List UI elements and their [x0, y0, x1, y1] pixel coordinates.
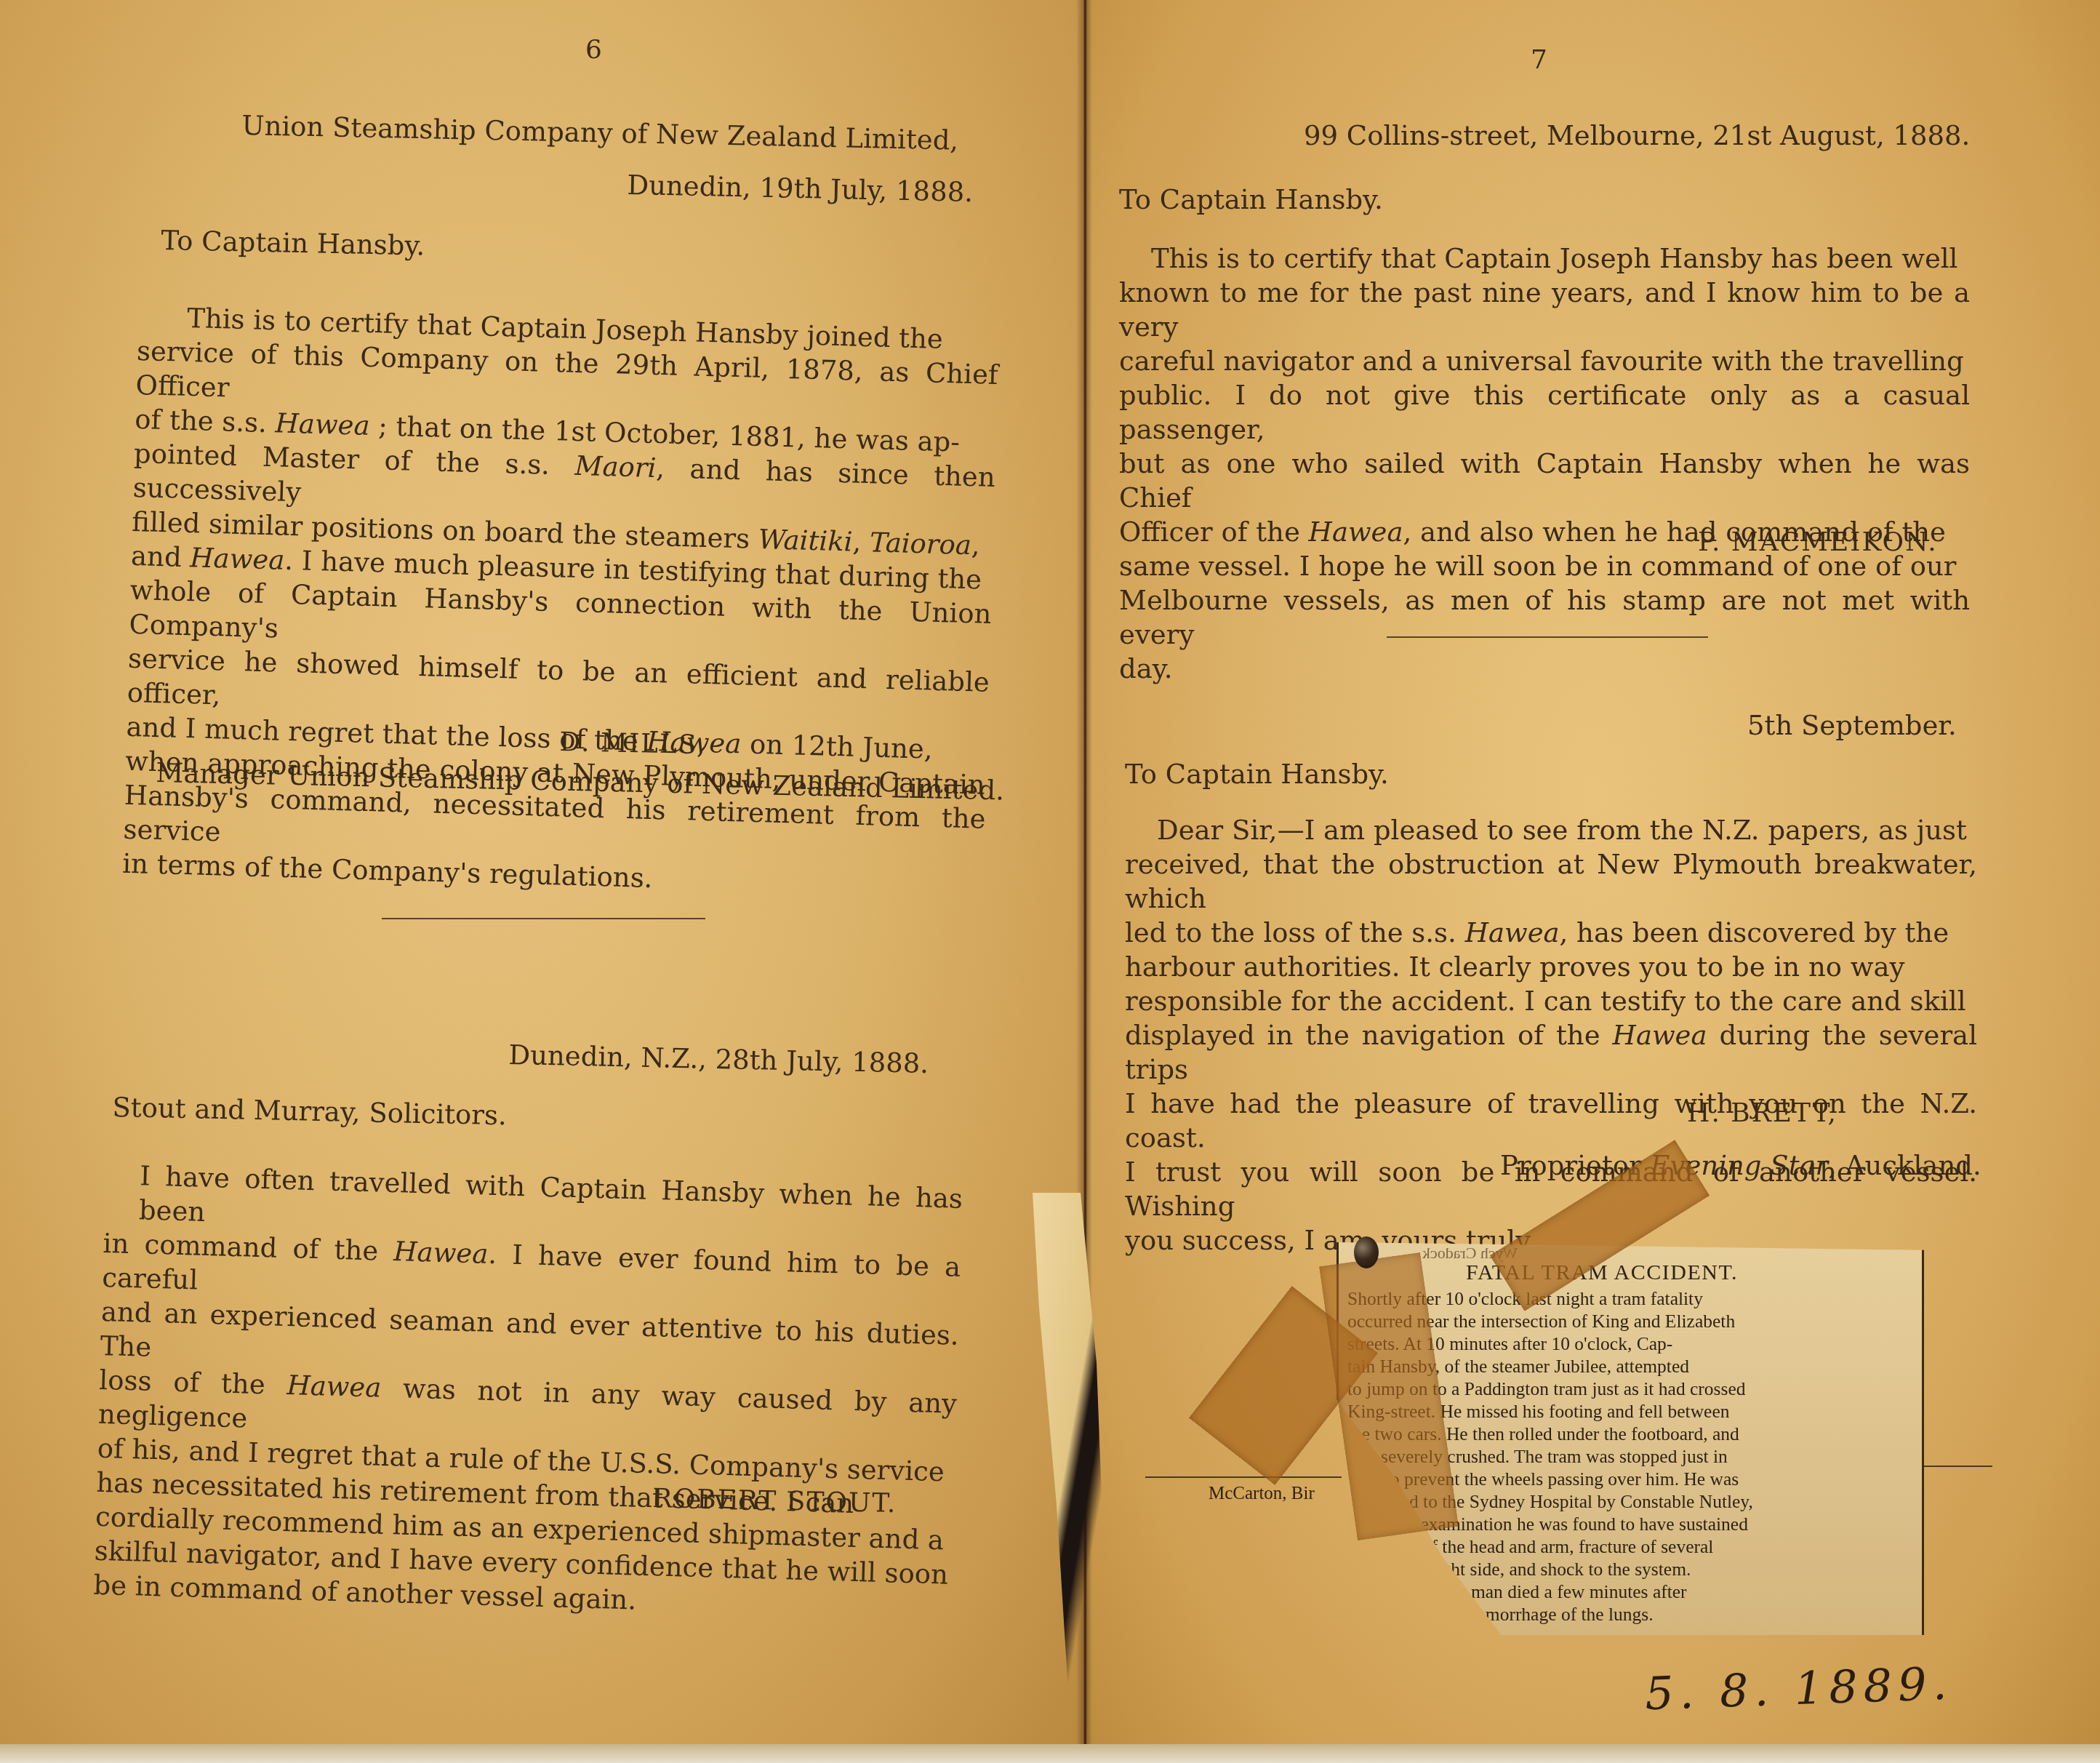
body-line: careful navigator and a universal favour… — [1119, 344, 1970, 378]
page-bottom-edge — [0, 1744, 2100, 1763]
handwritten-date: 5. 8. 1889. — [1644, 1657, 1954, 1721]
book-spread: 6 Union Steamship Company of New Zealand… — [0, 0, 2100, 1763]
salutation: To Captain Hansby. — [161, 224, 425, 263]
salutation: To Captain Hansby. — [1119, 183, 1383, 217]
body-line: led to the loss of the s.s. Hawea, has b… — [1125, 916, 1977, 950]
body-line: Melbourne vessels, as men of his stamp a… — [1119, 583, 1970, 652]
divider — [382, 918, 705, 919]
body-line: I have had the pleasure of travelling wi… — [1125, 1087, 1977, 1155]
divider — [1387, 636, 1708, 638]
body-line: public. I do not give this certificate o… — [1119, 378, 1970, 447]
signature: D. MILLS, — [559, 727, 707, 760]
letter-body: This is to certify that Captain Joseph H… — [1119, 241, 1970, 686]
title-suffix: , Auckland. — [1828, 1150, 1981, 1181]
signatory-title: Proprietor Evening Star, Auckland. — [1500, 1149, 1981, 1183]
body-line: day. — [1119, 652, 1970, 686]
column-rule — [1923, 1466, 1992, 1467]
body-line: Dear Sir,—I am pleased to see from the N… — [1125, 813, 1977, 847]
left-page: 6 Union Steamship Company of New Zealand… — [0, 0, 1087, 1763]
body-line: but as one who sailed with Captain Hansb… — [1119, 447, 1970, 515]
place-date: 99 Collins-street, Melbourne, 21st Augus… — [1304, 119, 1970, 153]
place-date: Dunedin, 19th July, 1888. — [627, 169, 973, 209]
signature: H. BRETT, — [1687, 1098, 1838, 1128]
page-number: 7 — [1531, 45, 1547, 75]
body-line: harbour authorities. It clearly proves y… — [1125, 950, 1977, 984]
letterhead: Union Steamship Company of New Zealand L… — [241, 109, 959, 158]
body-line: received, that the obstruction at New Pl… — [1125, 847, 1977, 916]
body-line: known to me for the past nine years, and… — [1119, 276, 1970, 344]
clipping-fragment-text: McCarton, Bir — [1209, 1484, 1315, 1504]
body-line: This is to certify that Captain Joseph H… — [1119, 241, 1970, 276]
letter-body: I have often travelled with Captain Hans… — [93, 1158, 963, 1626]
letter-body: Dear Sir,—I am pleased to see from the N… — [1125, 813, 1977, 1258]
body-line: displayed in the navigation of the Hawea… — [1125, 1018, 1977, 1087]
body-line: responsible for the accident. I can test… — [1125, 984, 1977, 1018]
clipping-line: occurred near the intersection of King a… — [1347, 1310, 1910, 1332]
signature: ROBERT STOUT. — [652, 1484, 897, 1519]
place-date: Dunedin, N.Z., 28th July, 1888. — [508, 1039, 929, 1081]
pin-head-icon — [1354, 1236, 1379, 1268]
letterhead: Stout and Murray, Solicitors. — [112, 1091, 507, 1132]
column-rule — [1145, 1476, 1342, 1478]
letter-body: This is to certify that Captain Joseph H… — [122, 300, 1000, 905]
date: 5th September. — [1747, 709, 1957, 743]
page-number: 6 — [585, 35, 602, 65]
clipping-line: Shortly after 10 o'clock last night a tr… — [1347, 1287, 1910, 1310]
salutation: To Captain Hansby. — [1125, 758, 1389, 791]
signature: P. MACMEIKON. — [1698, 527, 1938, 557]
